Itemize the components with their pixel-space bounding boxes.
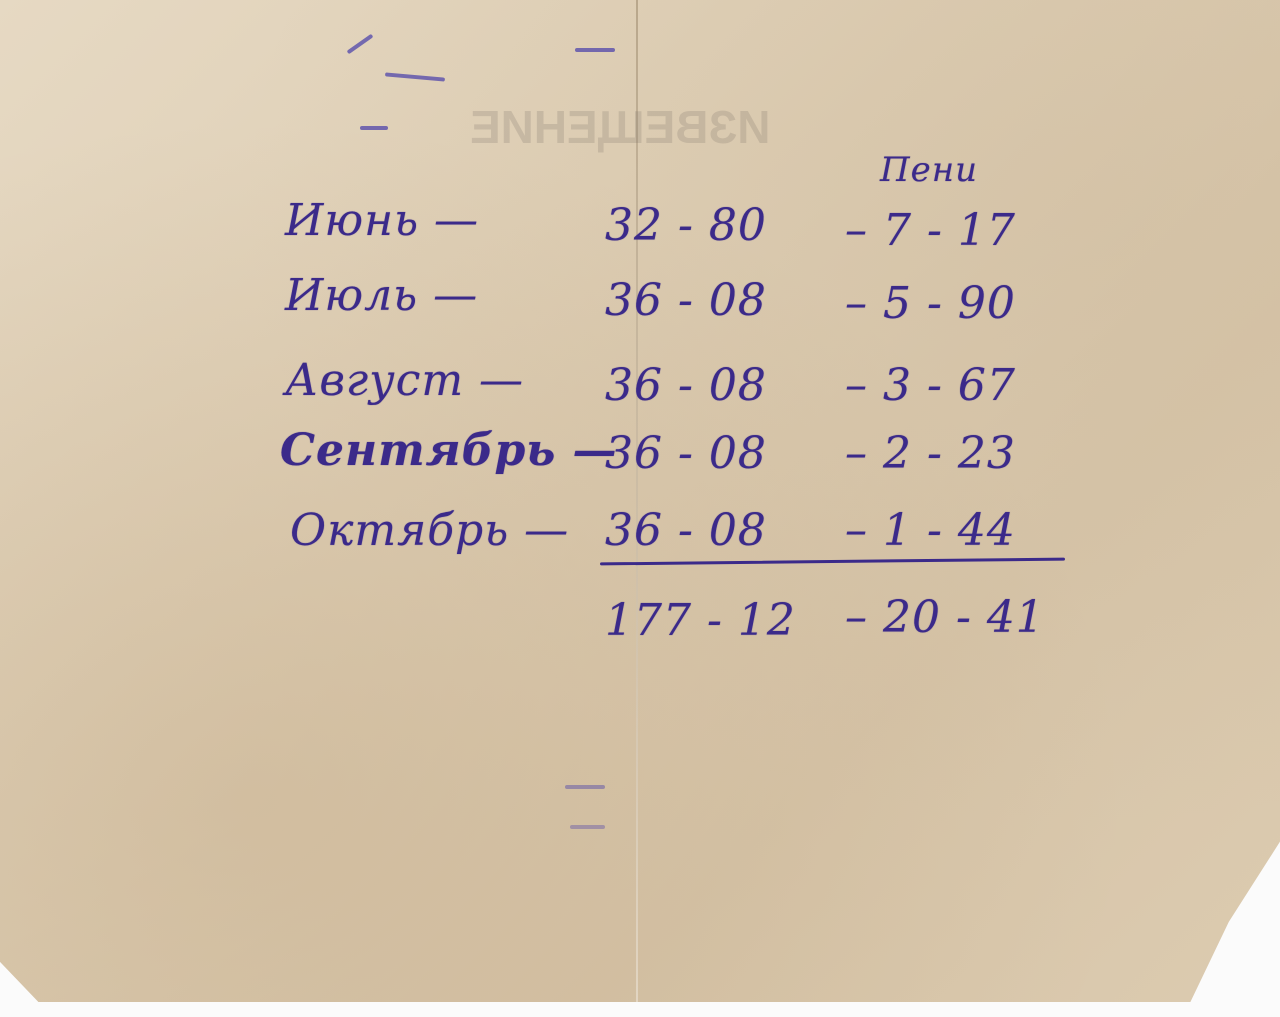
total-amount: 177 - 12 — [605, 595, 796, 646]
penalty-value: – 7 - 17 — [845, 205, 1016, 256]
bleed-through-title: ИЗВЕЩЕНИЕ — [470, 100, 770, 154]
ink-mark — [565, 785, 605, 789]
penalty-value: – 2 - 23 — [845, 428, 1016, 479]
month-label: Июль — — [285, 270, 478, 321]
ink-mark — [575, 48, 615, 52]
amount-value: 32 - 80 — [605, 200, 767, 251]
month-label: Август — — [285, 355, 524, 406]
month-label: Сентябрь — — [280, 425, 618, 476]
month-label: Октябрь — — [290, 505, 569, 556]
amount-value: 36 - 08 — [605, 505, 767, 556]
ink-mark — [360, 126, 388, 130]
penalty-value: – 3 - 67 — [845, 360, 1016, 411]
penalty-value: – 5 - 90 — [845, 278, 1016, 329]
total-penalty: – 20 - 41 — [845, 592, 1045, 643]
ink-mark — [570, 825, 605, 829]
penalty-value: – 1 - 44 — [845, 505, 1016, 556]
month-label: Июнь — — [285, 195, 479, 246]
column-header-penalty: Пени — [880, 150, 978, 190]
amount-value: 36 - 08 — [605, 360, 767, 411]
amount-value: 36 - 08 — [605, 275, 767, 326]
amount-value: 36 - 08 — [605, 428, 767, 479]
